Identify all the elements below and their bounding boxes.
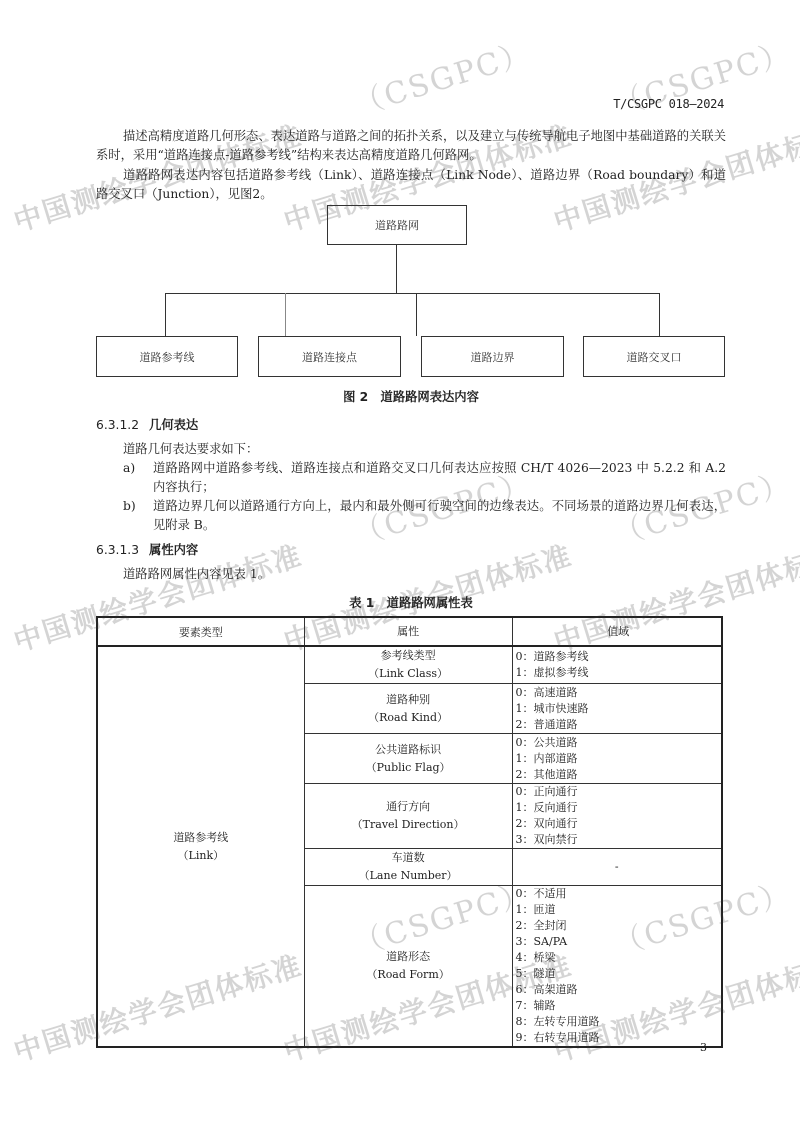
section-title: 属性内容 (149, 543, 198, 557)
value-cell: 0：高速道路 1：城市快速路 2：普通道路 (512, 684, 722, 734)
attribute-en: （Link Class） (305, 665, 512, 683)
value-item: 6：高架道路 (516, 982, 721, 998)
list-item-a: a) 道路路网中道路参考线、道路连接点和道路交叉口几何表达应按照 CH/T 40… (123, 459, 726, 497)
table-header-row: 要素类型 属性 值域 (97, 617, 722, 646)
column-header: 要素类型 (97, 617, 304, 646)
feature-type-cell: 道路参考线 （Link） (97, 646, 304, 1047)
value-item: 1：虚拟参考线 (516, 665, 721, 681)
diagram-child-box: 道路连接点 (258, 336, 401, 377)
value-item: 0：高速道路 (516, 685, 721, 701)
column-header: 属性 (304, 617, 512, 646)
value-cell: - (512, 849, 722, 886)
value-item: 1：内部道路 (516, 751, 721, 767)
value-item: 1：匝道 (516, 902, 721, 918)
watermark-abbr: （CSGPC） (347, 28, 536, 124)
list-item-b: b) 道路边界几何以道路通行方向上，最内和最外侧可行驶空间的边缘表达。不同场景的… (123, 497, 726, 535)
value-item: 5：隧道 (516, 966, 721, 982)
diagram-connector (285, 293, 286, 336)
table-row: 道路参考线 （Link） 参考线类型 （Link Class） 0：道路参考线 … (97, 646, 722, 684)
figure-2-caption: 图 2 道路路网表达内容 (96, 387, 726, 405)
section-heading-6312: 6.3.1.2几何表达 (96, 415, 198, 433)
standard-code: T/CSGPC 018—2024 (590, 97, 724, 111)
section-heading-6313: 6.3.1.3属性内容 (96, 540, 198, 558)
attribute-name: 通行方向 (305, 798, 512, 816)
value-item: 2：普通道路 (516, 717, 721, 733)
attribute-cell: 公共道路标识 （Public Flag） (304, 734, 512, 784)
value-item: 0：不适用 (516, 886, 721, 902)
value-item: 8：左转专用道路 (516, 1014, 721, 1030)
value-item: 3：双向禁行 (516, 832, 721, 848)
intro-paragraph-2: 道路路网表达内容包括道路参考线（Link）、道路连接点（Link Node）、道… (96, 166, 726, 204)
feature-type-en: （Link） (98, 847, 304, 865)
attribute-en: （Road Form） (305, 966, 512, 984)
value-item: 0：道路参考线 (516, 649, 721, 665)
value-item: 3：SA/PA (516, 934, 721, 950)
attribute-en: （Lane Number） (305, 867, 512, 885)
diagram-connector (416, 293, 417, 336)
value-item: 1：反向通行 (516, 800, 721, 816)
diagram-child-box: 道路参考线 (96, 336, 238, 377)
attribute-en: （Travel Direction） (305, 816, 512, 834)
list-item-text: 道路边界几何以道路通行方向上，最内和最外侧可行驶空间的边缘表达。不同场景的道路边… (153, 497, 726, 535)
attribute-table: 要素类型 属性 值域 道路参考线 （Link） 参考线类型 （Link Clas… (96, 616, 723, 1048)
value-item: 0：正向通行 (516, 784, 721, 800)
attribute-name: 参考线类型 (305, 647, 512, 665)
value-item: - (513, 859, 721, 875)
value-item: 2：双向通行 (516, 816, 721, 832)
diagram-child-box: 道路交叉口 (583, 336, 725, 377)
list-item-text: 道路路网中道路参考线、道路连接点和道路交叉口几何表达应按照 CH/T 4026—… (153, 459, 726, 497)
page-number: 3 (700, 1041, 707, 1054)
attribute-en: （Road Kind） (305, 709, 512, 727)
diagram-connector (396, 245, 397, 293)
diagram-child-box: 道路边界 (421, 336, 564, 377)
section-6312-intro: 道路几何表达要求如下： (96, 440, 726, 459)
value-item: 2：其他道路 (516, 767, 721, 783)
attribute-en: （Public Flag） (305, 759, 512, 777)
value-cell: 0：不适用 1：匝道 2：全封闭 3：SA/PA 4：桥梁 5：隧道 6：高架道… (512, 886, 722, 1048)
section-number: 6.3.1.3 (96, 543, 139, 557)
attribute-cell: 通行方向 （Travel Direction） (304, 784, 512, 849)
attribute-name: 道路形态 (305, 948, 512, 966)
value-cell: 0：道路参考线 1：虚拟参考线 (512, 646, 722, 684)
attribute-cell: 道路种别 （Road Kind） (304, 684, 512, 734)
value-cell: 0：正向通行 1：反向通行 2：双向通行 3：双向禁行 (512, 784, 722, 849)
section-title: 几何表达 (149, 418, 198, 432)
value-cell: 0：公共道路 1：内部道路 2：其他道路 (512, 734, 722, 784)
value-item: 2：全封闭 (516, 918, 721, 934)
value-item: 9：右转专用道路 (516, 1030, 721, 1046)
attribute-cell: 车道数 （Lane Number） (304, 849, 512, 886)
value-item: 1：城市快速路 (516, 701, 721, 717)
attribute-cell: 道路形态 （Road Form） (304, 886, 512, 1048)
attribute-name: 道路种别 (305, 691, 512, 709)
feature-type-name: 道路参考线 (98, 829, 304, 847)
section-6313-intro: 道路路网属性内容见表 1。 (96, 565, 726, 584)
section-number: 6.3.1.2 (96, 418, 139, 432)
value-item: 7：辅路 (516, 998, 721, 1014)
table-1-caption: 表 1 道路路网属性表 (96, 593, 726, 611)
attribute-cell: 参考线类型 （Link Class） (304, 646, 512, 684)
value-item: 4：桥梁 (516, 950, 721, 966)
diagram-connector (659, 293, 660, 336)
diagram-root-box: 道路路网 (327, 205, 467, 245)
attribute-name: 车道数 (305, 849, 512, 867)
value-item: 0：公共道路 (516, 735, 721, 751)
attribute-name: 公共道路标识 (305, 741, 512, 759)
diagram-connector (165, 293, 166, 336)
column-header: 值域 (512, 617, 722, 646)
diagram-connector (165, 293, 659, 294)
list-marker: a) (123, 459, 135, 478)
list-marker: b) (123, 497, 136, 516)
intro-paragraph-1: 描述高精度道路几何形态、表达道路与道路之间的拓扑关系，以及建立与传统导航电子地图… (96, 127, 726, 165)
